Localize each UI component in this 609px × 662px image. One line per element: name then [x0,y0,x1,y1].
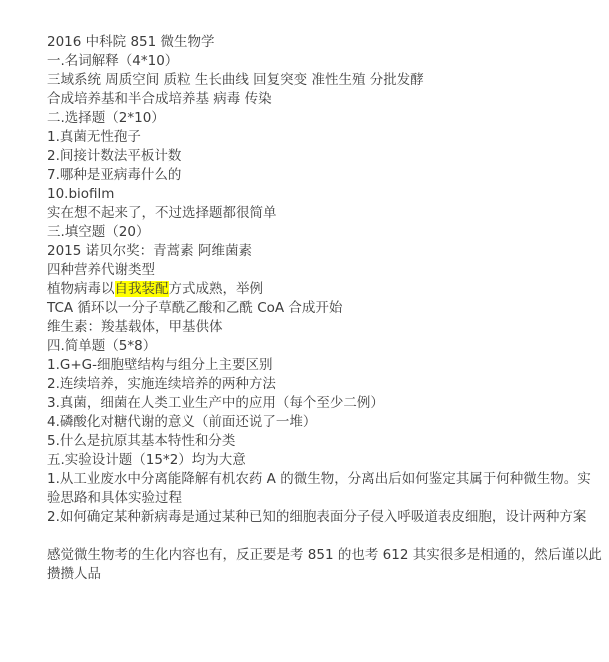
text-line: 一.名词解释（4*10） [47,52,589,71]
text-segment: 实在想不起来了，不过选择题都很简单 [47,205,277,221]
text-line: 三域系统 周质空间 质粒 生长曲线 回复突变 准性生殖 分批发酵 [47,71,589,90]
text-segment: 一.名词解释（4*10） [47,53,178,69]
text-line: 攒攒人品 [47,565,589,584]
text-segment: 三域系统 周质空间 质粒 生长曲线 回复突变 准性生殖 分批发酵 [47,72,424,88]
text-segment: 四种营养代谢类型 [47,262,155,278]
text-segment: TCA 循环以一分子草酰乙酸和乙酰 CoA 合成开始 [47,300,342,316]
text-segment: 感觉微生物考的生化内容也有，反正要是考 851 的也考 612 其实很多是相通的… [47,547,602,563]
text-line: 7.哪种是亚病毒什么的 [47,166,589,185]
text-segment: 四.简单题（5*8） [47,338,156,354]
document-body: 2016 中科院 851 微生物学一.名词解释（4*10）三域系统 周质空间 质… [0,0,609,584]
text-line: 2.间接计数法平板计数 [47,147,589,166]
text-line: 2.如何确定某种新病毒是通过某种已知的细胞表面分子侵入呼吸道表皮细胞，设计两种方… [47,508,589,527]
text-segment: 4.磷酸化对糖代谢的意义（前面还说了一堆） [47,414,316,430]
text-line: 维生素：羧基载体，甲基供体 [47,318,589,337]
text-segment: 1.从工业废水中分离能降解有机农药 A 的微生物，分离出后如何鉴定其属于何种微生… [47,471,591,487]
text-line: 四种营养代谢类型 [47,261,589,280]
text-line: 四.简单题（5*8） [47,337,589,356]
text-line: 植物病毒以自我装配方式成熟，举例 [47,280,589,299]
highlighted-text: 自我装配 [115,281,169,297]
text-line: 五.实验设计题（15*2）均为大意 [47,451,589,470]
text-line: 10.biofilm [47,185,589,204]
text-segment: 3.真菌，细菌在人类工业生产中的应用（每个至少二例） [47,395,384,411]
text-segment: 方式成熟，举例 [169,281,264,297]
text-line: 1.真菌无性孢子 [47,128,589,147]
document-page: 2016 中科院 851 微生物学一.名词解释（4*10）三域系统 周质空间 质… [0,0,609,662]
text-segment: 三.填空题（20） [47,224,149,240]
text-line: 三.填空题（20） [47,223,589,242]
text-line [47,527,589,546]
text-segment: 维生素：羧基载体，甲基供体 [47,319,223,335]
text-line: 实在想不起来了，不过选择题都很简单 [47,204,589,223]
text-segment: 2.如何确定某种新病毒是通过某种已知的细胞表面分子侵入呼吸道表皮细胞，设计两种方… [47,509,586,525]
text-line: 二.选择题（2*10） [47,109,589,128]
text-line: 2015 诺贝尔奖：青蒿素 阿维菌素 [47,242,589,261]
text-line: 2.连续培养，实施连续培养的两种方法 [47,375,589,394]
text-segment: 二.选择题（2*10） [47,110,165,126]
text-segment: 5.什么是抗原其基本特性和分类 [47,433,235,449]
text-line: 4.磷酸化对糖代谢的意义（前面还说了一堆） [47,413,589,432]
text-segment: 1.G+G-细胞壁结构与组分上主要区别 [47,357,273,373]
text-segment: 2.间接计数法平板计数 [47,148,181,164]
text-line: 2016 中科院 851 微生物学 [47,33,589,52]
text-line: 合成培养基和半合成培养基 病毒 传染 [47,90,589,109]
text-line: 1.从工业废水中分离能降解有机农药 A 的微生物，分离出后如何鉴定其属于何种微生… [47,470,589,489]
text-segment: 10.biofilm [47,186,114,202]
text-segment: 验思路和具体实验过程 [47,490,182,506]
text-line: 1.G+G-细胞壁结构与组分上主要区别 [47,356,589,375]
text-segment: 攒攒人品 [47,566,101,582]
text-line: 验思路和具体实验过程 [47,489,589,508]
text-segment: 2016 中科院 851 微生物学 [47,34,215,50]
text-segment: 2.连续培养，实施连续培养的两种方法 [47,376,276,392]
text-segment: 合成培养基和半合成培养基 病毒 传染 [47,91,272,107]
text-segment: 7.哪种是亚病毒什么的 [47,167,181,183]
text-line: TCA 循环以一分子草酰乙酸和乙酰 CoA 合成开始 [47,299,589,318]
text-segment: 植物病毒以 [47,281,115,297]
text-line: 5.什么是抗原其基本特性和分类 [47,432,589,451]
text-line: 3.真菌，细菌在人类工业生产中的应用（每个至少二例） [47,394,589,413]
text-segment: 1.真菌无性孢子 [47,129,141,145]
text-segment: 五.实验设计题（15*2）均为大意 [47,452,246,468]
text-line: 感觉微生物考的生化内容也有，反正要是考 851 的也考 612 其实很多是相通的… [47,546,589,565]
text-segment: 2015 诺贝尔奖：青蒿素 阿维菌素 [47,243,252,259]
